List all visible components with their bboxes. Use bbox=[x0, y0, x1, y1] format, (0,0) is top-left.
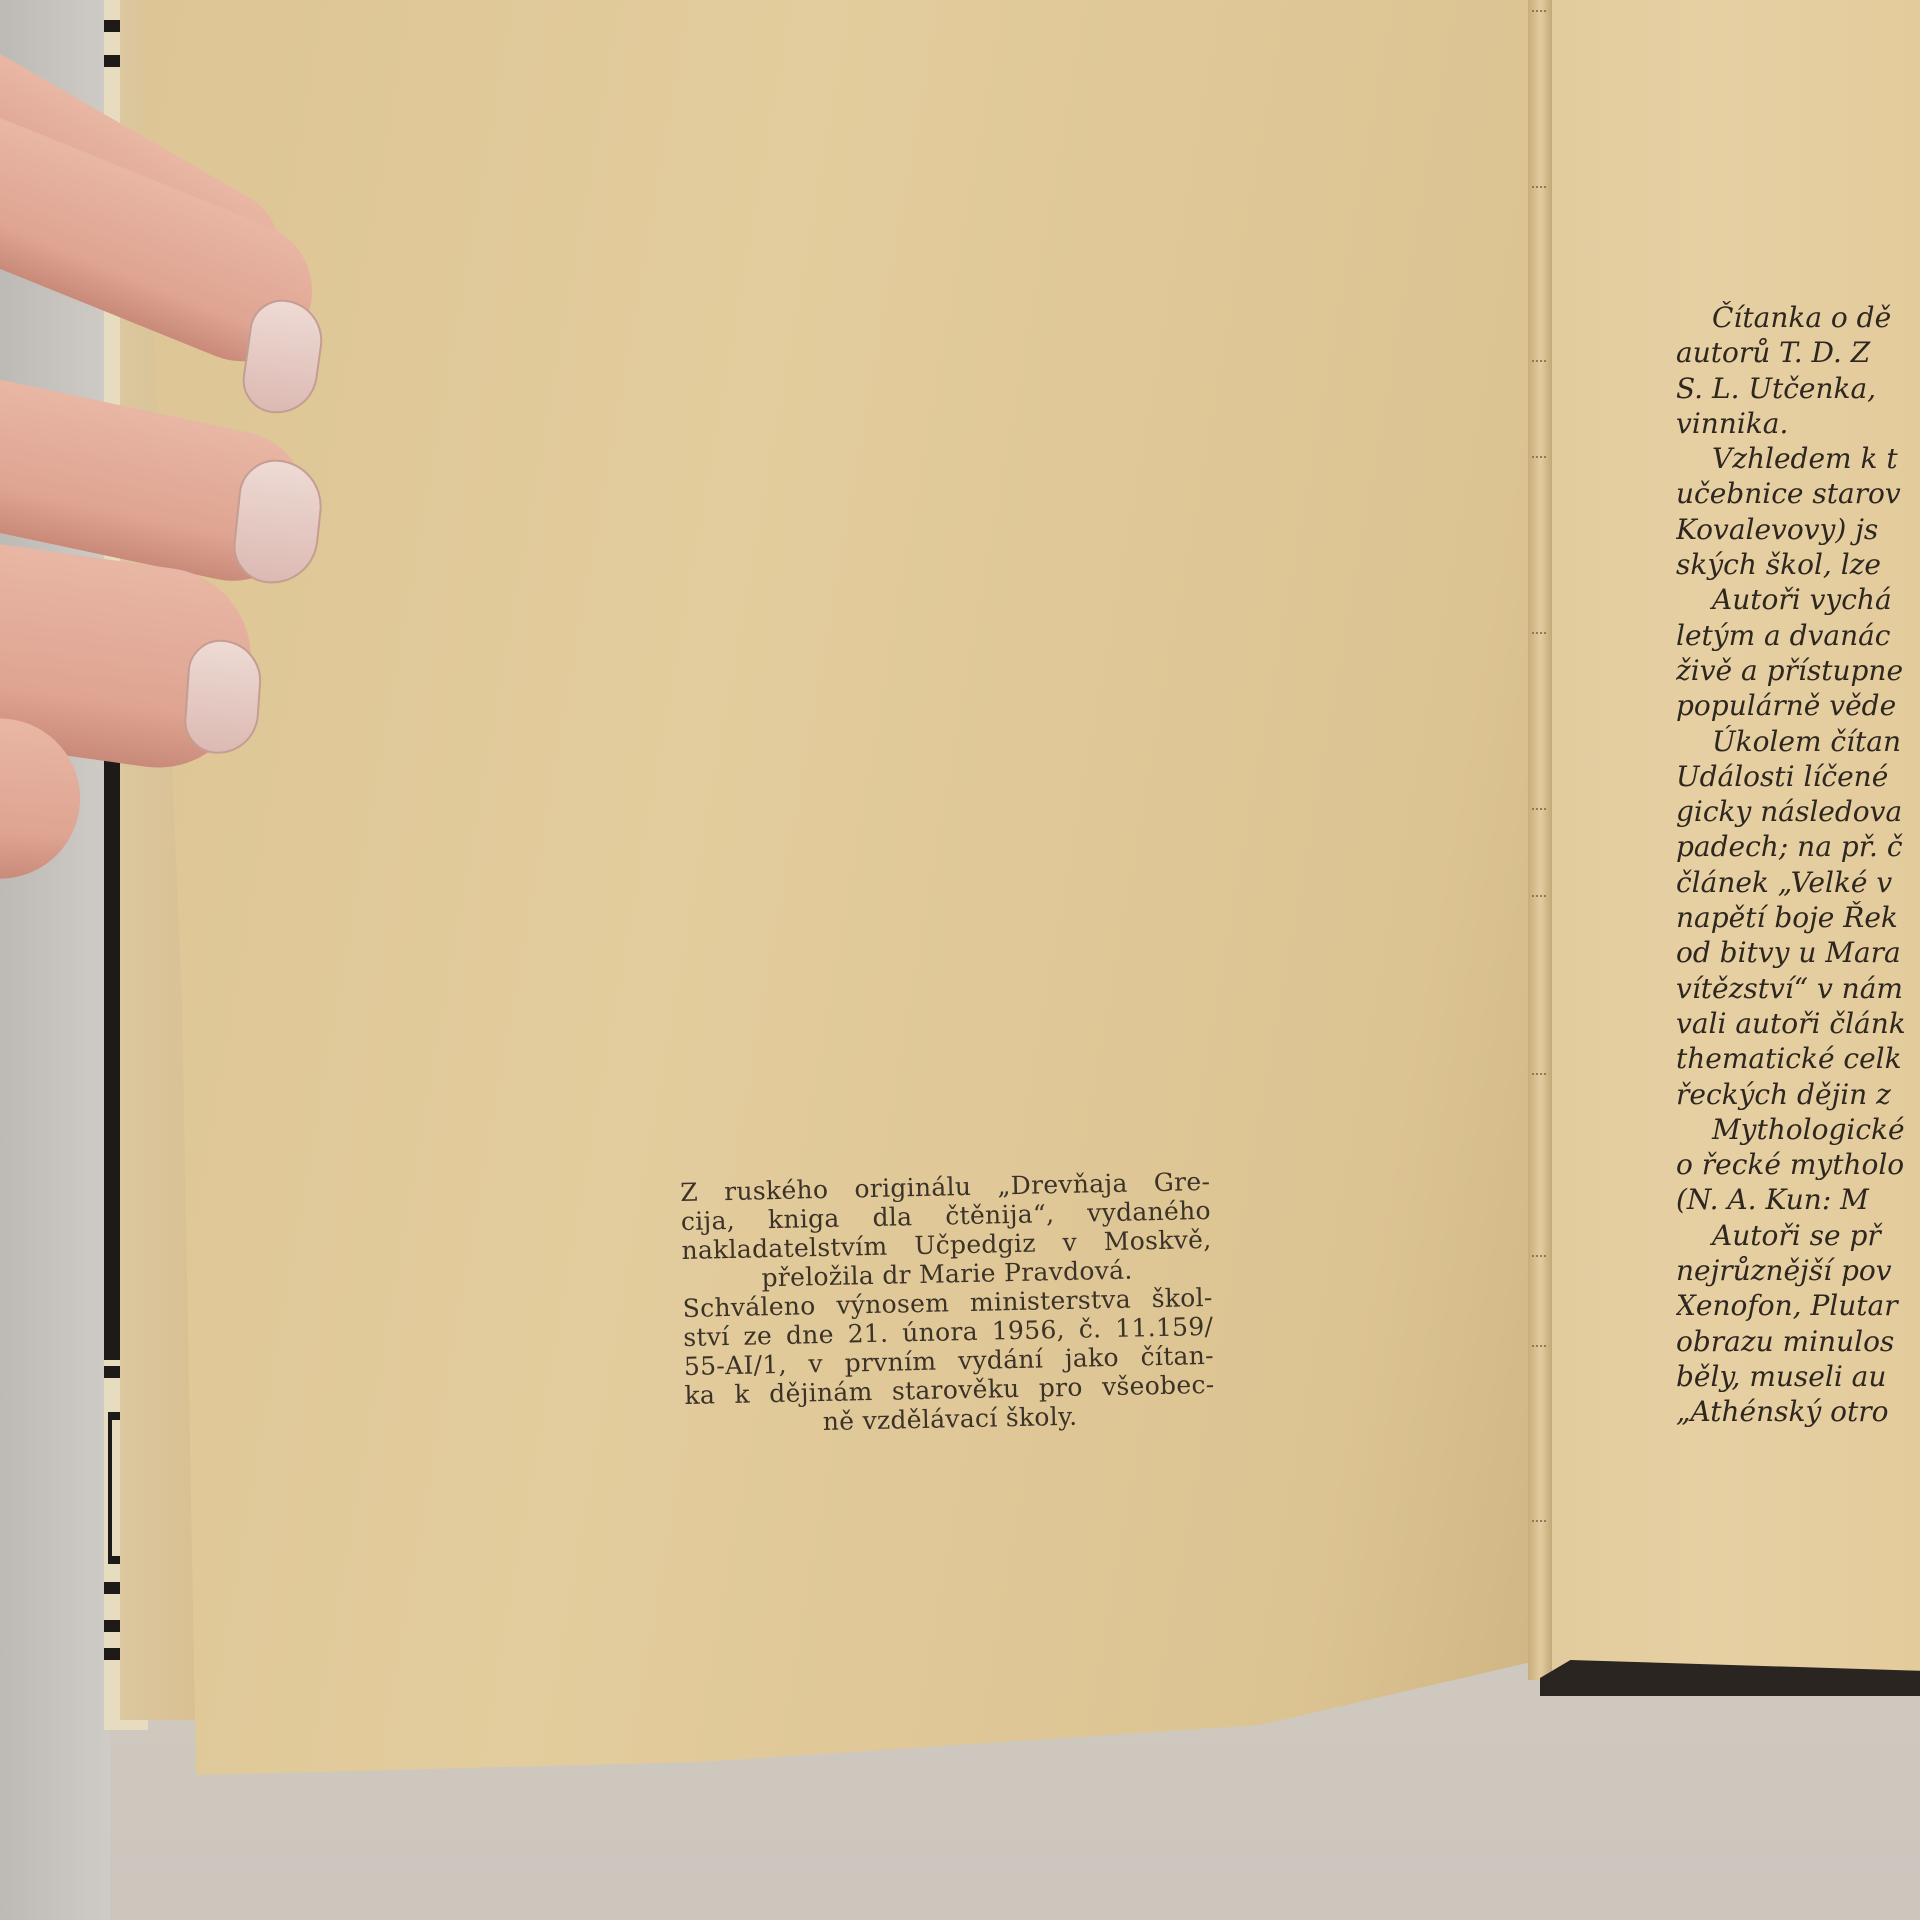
binding-stitch bbox=[1532, 632, 1546, 644]
text-line: Vzhledem k t bbox=[1676, 441, 1920, 476]
text-line: populárně věde bbox=[1676, 688, 1920, 723]
text-line: obrazu minulos bbox=[1676, 1324, 1920, 1359]
text-line: ských škol, lze bbox=[1676, 547, 1920, 582]
binding-stitch bbox=[1532, 360, 1546, 372]
text-line: napětí boje Řek bbox=[1676, 900, 1920, 935]
binding-stitch bbox=[1532, 895, 1546, 907]
left-page[interactable] bbox=[140, 0, 1540, 1775]
text-line: gicky následova bbox=[1676, 794, 1920, 829]
text-line: thematické celk bbox=[1676, 1041, 1920, 1076]
binding-stitch bbox=[1532, 1255, 1546, 1267]
text-line: padech; na př. č bbox=[1676, 829, 1920, 864]
text-line: S. L. Utčenka, bbox=[1676, 371, 1920, 406]
text-line: o řecké mytholo bbox=[1676, 1147, 1920, 1182]
text-line: „Athénský otro bbox=[1676, 1394, 1920, 1429]
binding-stitch bbox=[1532, 808, 1546, 820]
text-line: vítězství“ v nám bbox=[1676, 971, 1920, 1006]
text-line: článek „Velké v bbox=[1676, 865, 1920, 900]
text-line: Čítanka o dě bbox=[1676, 300, 1920, 335]
binding-stitch bbox=[1532, 1345, 1546, 1357]
binding-stitch bbox=[1532, 1073, 1546, 1085]
text-line: Úkolem čítan bbox=[1676, 724, 1920, 759]
text-line: autorů T. D. Z bbox=[1676, 335, 1920, 370]
binding-stitch bbox=[1532, 186, 1546, 198]
text-line: Autoři vychá bbox=[1676, 582, 1920, 617]
text-line: Xenofon, Plutar bbox=[1676, 1288, 1920, 1323]
text-line: vinnika. bbox=[1676, 406, 1920, 441]
binding-stitch bbox=[1532, 1520, 1546, 1532]
text-line: Autoři se př bbox=[1676, 1218, 1920, 1253]
text-line: vali autoři článk bbox=[1676, 1006, 1920, 1041]
right-page-text: Čítanka o dě autorů T. D. Z S. L. Utčenk… bbox=[1676, 300, 1920, 1430]
text-line: Události líčené bbox=[1676, 759, 1920, 794]
binding-stitch bbox=[1532, 456, 1546, 468]
text-line: řeckých dějin z bbox=[1676, 1077, 1920, 1112]
text-line: Mythologické bbox=[1676, 1112, 1920, 1147]
text-line: nejrůznější pov bbox=[1676, 1253, 1920, 1288]
text-line: od bitvy u Mara bbox=[1676, 935, 1920, 970]
text-line: běly, museli au bbox=[1676, 1359, 1920, 1394]
imprint-text-block: Z ruského originálu „Drevňaja Gre- cija,… bbox=[680, 1167, 1215, 1439]
text-line: živě a přístupne bbox=[1676, 653, 1920, 688]
text-line: letým a dvanác bbox=[1676, 618, 1920, 653]
text-line: Kovalevovy) js bbox=[1676, 512, 1920, 547]
text-line: učebnice starov bbox=[1676, 476, 1920, 511]
text-line: (N. A. Kun: M bbox=[1676, 1182, 1920, 1217]
binding-stitch bbox=[1532, 10, 1546, 22]
